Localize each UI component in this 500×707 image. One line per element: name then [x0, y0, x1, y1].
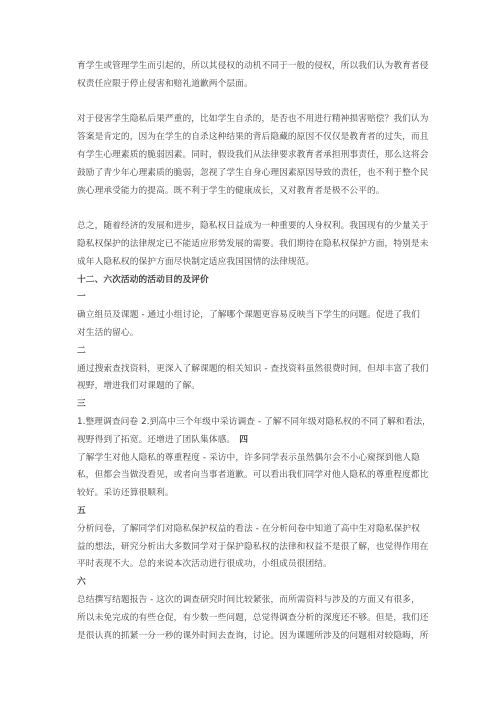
document-page: 育学生或管理学生而引起的，所以其侵权的动机不同于一般的侵权，所以我们认为教育者侵…: [77, 58, 457, 645]
text-line: 隐私权保护的法律规定已不能适应形势发展的需要。我们期待在隐私权保护方面，特别是未: [77, 236, 457, 254]
activity-text: 分析问卷，了解同学们对隐私保护权益的看法 - 在分析问卷中知道了高中生对隐私保护…: [77, 521, 457, 574]
text-line: 私，但都会当做没看见，或者向当事者道歉。可以看出我们同学对他人隐私的尊重程度都比: [77, 467, 457, 485]
activity-number: 五: [77, 503, 457, 521]
activity-number: 六: [77, 574, 457, 592]
text-line: 鼓励了青少年心理素质的脆弱，忽视了学生自身心理因素原因导致的责任，也不利于整个民: [77, 165, 457, 183]
activity-number-inline: 四: [239, 435, 248, 445]
text-line: 通过搜索查找资料，更深入了解课题的相关知识 - 查找资料虽然很费时间，但却丰富了…: [77, 361, 457, 379]
text-line: 是很认真的抓紧一分一秒的课外时间去查询，讨论。因为课题所涉及的问题相对较隐晦，所: [77, 628, 457, 646]
text-line: 确立组员及课题 - 通过小组讨论，了解哪个课题更容易反映当下学生的问题。促进了我…: [77, 307, 457, 325]
paragraph-gap: [77, 94, 457, 112]
activity-text: 确立组员及课题 - 通过小组讨论，了解哪个课题更容易反映当下学生的问题。促进了我…: [77, 307, 457, 343]
text-line: 总之，随着经济的发展和进步，隐私权日益成为一种重要的人身权利。我国现有的少量关于: [77, 218, 457, 236]
text-line: 对生活的留心。: [77, 325, 457, 343]
activity-text: 总结撰写结题报告 - 这次的调查研究时间比较紧张，而所需资料与涉及的方面又有很多…: [77, 592, 457, 645]
text-line: 平时表现不大。总的来说本次活动进行很成功，小组成员很团结。: [77, 556, 457, 574]
text-line: 有学生心理素质的脆弱因素。同时，假设我们从法律要求教育者承担刑事责任，那么这将会: [77, 147, 457, 165]
text-line: 权责任应限于停止侵害和赔礼道歉两个层面。: [77, 76, 457, 94]
activity-text: 了解学生对他人隐私的尊重程度 - 采访中，许多同学表示虽然偶尔会不小心窥探到他人…: [77, 450, 457, 503]
text-line: 答案是肯定的，因为在学生的自杀这种结果的背后隐藏的原因不仅仅是教育者的过失，而且: [77, 129, 457, 147]
section-heading: 十二、六次活动的活动目的及评价: [77, 272, 457, 290]
paragraph: 对于侵害学生隐私后果严重的，比如学生自杀的，是否也不用进行精神损害赔偿？我们认为…: [77, 111, 457, 200]
text-line: 所以未免完成的有些仓促，有少数一些问题，总觉得调查分析的深度还不够。但是，我们还: [77, 610, 457, 628]
text-line: 1.整理调查问卷 2.到高中三个年级中采访调查 - 了解不同年级对隐私权的不同了…: [77, 414, 457, 432]
activity-text: 1.整理调查问卷 2.到高中三个年级中采访调查 - 了解不同年级对隐私权的不同了…: [77, 414, 457, 450]
activity-number: 三: [77, 396, 457, 414]
text-segment: 视野得到了拓宽。还增进了团队集体感。: [77, 435, 235, 445]
text-line: 总结撰写结题报告 - 这次的调查研究时间比较紧张，而所需资料与涉及的方面又有很多…: [77, 592, 457, 610]
activity-text: 通过搜索查找资料，更深入了解课题的相关知识 - 查找资料虽然很费时间，但却丰富了…: [77, 361, 457, 397]
text-line: 成年人隐私权的保护方面尽快制定适应我国国情的法律规范。: [77, 254, 457, 272]
paragraph: 总之，随着经济的发展和进步，隐私权日益成为一种重要的人身权利。我国现有的少量关于…: [77, 218, 457, 271]
text-line: 育学生或管理学生而引起的，所以其侵权的动机不同于一般的侵权，所以我们认为教育者侵: [77, 58, 457, 76]
text-line: 视野得到了拓宽。还增进了团队集体感。四: [77, 432, 457, 450]
activity-number: 二: [77, 343, 457, 361]
paragraph-gap: [77, 200, 457, 218]
text-line: 族心理承受能力的提高。既不利于学生的健康成长，又对教育者是极不公平的。: [77, 183, 457, 201]
paragraph: 育学生或管理学生而引起的，所以其侵权的动机不同于一般的侵权，所以我们认为教育者侵…: [77, 58, 457, 94]
text-line: 分析问卷，了解同学们对隐私保护权益的看法 - 在分析问卷中知道了高中生对隐私保护…: [77, 521, 457, 539]
text-line: 对于侵害学生隐私后果严重的，比如学生自杀的，是否也不用进行精神损害赔偿？我们认为: [77, 111, 457, 129]
text-line: 较好。采访还算很顺利。: [77, 485, 457, 503]
text-line: 了解学生对他人隐私的尊重程度 - 采访中，许多同学表示虽然偶尔会不小心窥探到他人…: [77, 450, 457, 468]
activity-number: 一: [77, 289, 457, 307]
text-line: 视野，增进我们对课题的了解。: [77, 378, 457, 396]
text-line: 益的想法，研究分析出大多数同学对于保护隐私权的法律和权益不是很了解，也觉得作用在: [77, 539, 457, 557]
